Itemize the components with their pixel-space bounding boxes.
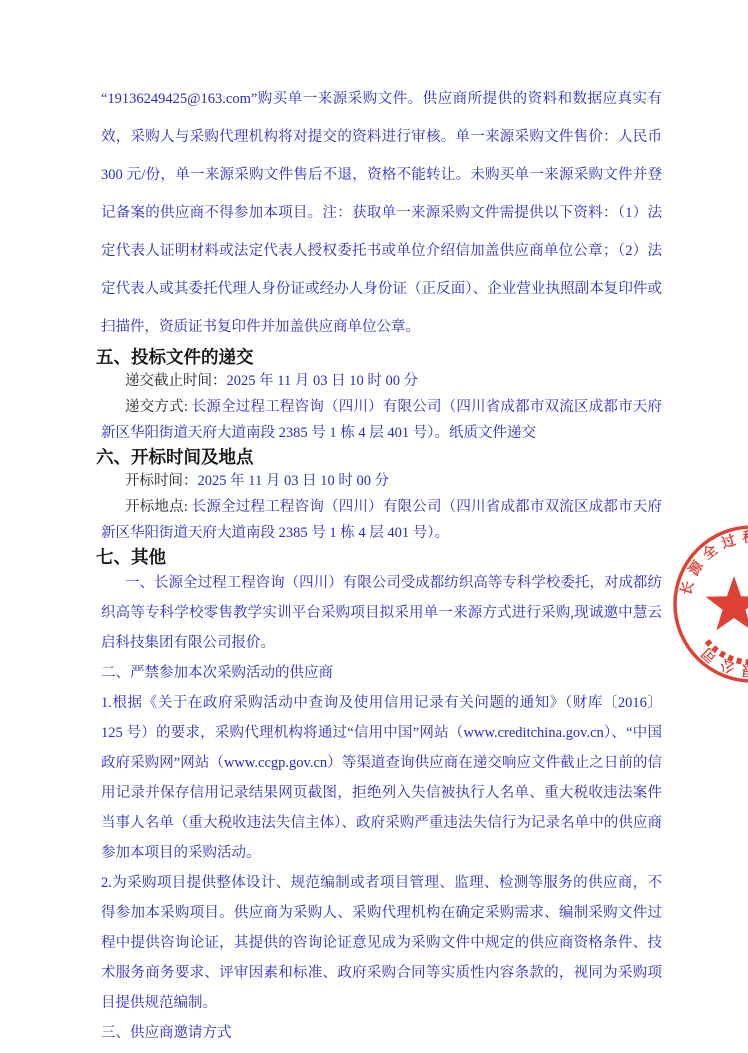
- other-paragraph-1: 一、长源全过程工程咨询（四川）有限公司受成都纺织高等专科学校委托，对成都纺织高等…: [101, 568, 662, 658]
- submission-deadline-value: 2025 年 11 月 03 日 10 时 00 分: [227, 373, 419, 389]
- other-paragraph-2: 二、严禁参加本次采购活动的供应商: [101, 658, 662, 688]
- other-paragraph-5: 三、供应商邀请方式: [101, 1018, 662, 1048]
- section-5-heading: 五、投标文件的递交: [96, 346, 662, 368]
- section-6-heading: 六、开标时间及地点: [96, 446, 662, 468]
- stamp-circle-border: [675, 527, 748, 681]
- document-page: “19136249425@163.com”购买单一来源采购文件。供应商所提供的资…: [0, 0, 748, 1053]
- bid-opening-time-label: 开标时间：: [125, 473, 198, 489]
- section-7-body: 一、长源全过程工程咨询（四川）有限公司受成都纺织高等专科学校委托，对成都纺织高等…: [101, 568, 662, 1048]
- submission-method-line: 递交方式: 长源全过程工程咨询（四川）有限公司（四川省成都市双流区成都市天府新区…: [101, 394, 662, 446]
- stamp-arc-text-container: 长源全过程工程咨询（四川）有限公司: [677, 529, 748, 680]
- submission-method-label: 递交方式:: [125, 399, 192, 415]
- stamp-serial-marks: [707, 641, 748, 662]
- document-content: “19136249425@163.com”购买单一来源采购文件。供应商所提供的资…: [101, 80, 662, 1048]
- company-seal-stamp: 长源全过程工程咨询（四川）有限公司: [652, 504, 748, 704]
- submission-deadline-line: 递交截止时间：2025 年 11 月 03 日 10 时 00 分: [101, 368, 662, 394]
- intro-paragraph: “19136249425@163.com”购买单一来源采购文件。供应商所提供的资…: [101, 80, 662, 346]
- bid-opening-time-line: 开标时间：2025 年 11 月 03 日 10 时 00 分: [101, 468, 662, 494]
- bid-opening-place-line: 开标地点: 长源全过程工程咨询（四川）有限公司（四川省成都市双流区成都市天府新区…: [101, 494, 662, 546]
- section-5-body: 递交截止时间：2025 年 11 月 03 日 10 时 00 分 递交方式: …: [101, 368, 662, 446]
- section-6-body: 开标时间：2025 年 11 月 03 日 10 时 00 分 开标地点: 长源…: [101, 468, 662, 546]
- other-paragraph-3: 1.根据《关于在政府采购活动中查询及使用信用记录有关问题的通知》（财库〔2016…: [101, 688, 662, 868]
- other-paragraph-4: 2.为采购项目提供整体设计、规范编制或者项目管理、监理、检测等服务的供应商，不得…: [101, 868, 662, 1018]
- stamp-arc-text: 长源全过程工程咨询（四川）有限公司: [677, 529, 748, 680]
- submission-deadline-label: 递交截止时间：: [125, 373, 227, 389]
- section-7-heading: 七、其他: [96, 546, 662, 568]
- bid-opening-time-value: 2025 年 11 月 03 日 10 时 00 分: [198, 473, 390, 489]
- bid-opening-place-label: 开标地点:: [125, 499, 192, 515]
- stamp-star-icon: [706, 576, 748, 630]
